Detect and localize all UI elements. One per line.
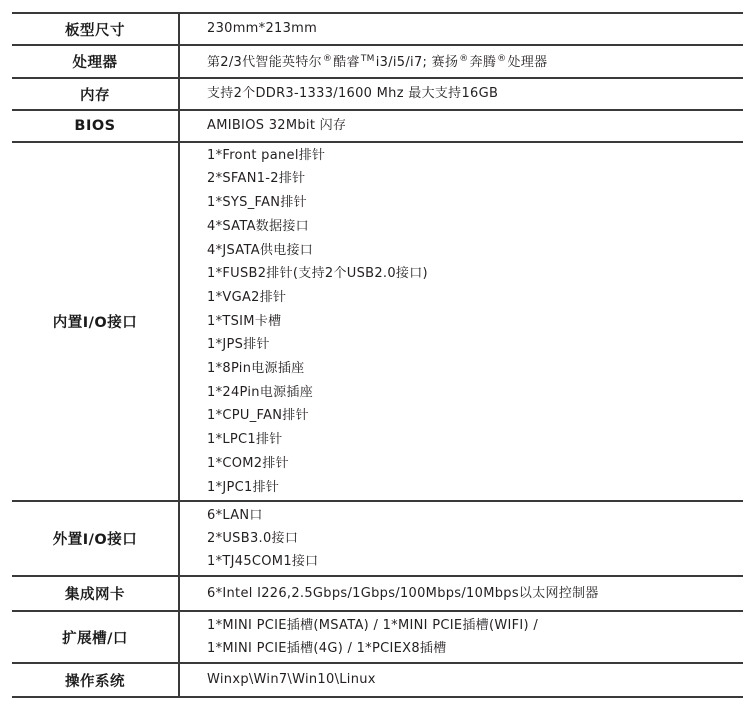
spec-row-external-io: 外置I/O接口 6*LAN口 2*USB3.0接口 1*TJ45COM1接口 (12, 501, 743, 576)
spec-value-line: 第2/3代智能英特尔®酷睿TMi3/i5/i7; 赛扬®奔腾®处理器 (207, 48, 743, 75)
spec-value-line: 1*JPC1排针 (207, 476, 743, 500)
spec-label: BIOS (12, 110, 179, 142)
spec-value-line: 2*USB3.0接口 (207, 527, 743, 550)
spec-value-line: 1*8Pin电源插座 (207, 357, 743, 381)
spec-value: 支持2个DDR3-1333/1600 Mhz 最大支持16GB (179, 78, 743, 110)
spec-value-line: 1*TSIM卡槽 (207, 310, 743, 334)
spec-value-line: 1*COM2排针 (207, 452, 743, 476)
processor-text: 处理器 (507, 55, 547, 70)
spec-value-line: 1*Front panel排针 (207, 144, 743, 168)
spec-value: 6*LAN口 2*USB3.0接口 1*TJ45COM1接口 (179, 501, 743, 576)
spec-row-os: 操作系统 Winxp\Win7\Win10\Linux (12, 663, 743, 697)
registered-mark: ® (323, 54, 332, 64)
spec-value-line: 4*SATA数据接口 (207, 215, 743, 239)
spec-value-line: 1*MINI PCIE插槽(MSATA) / 1*MINI PCIE插槽(WIF… (207, 614, 743, 637)
spec-value: 6*Intel I226,2.5Gbps/1Gbps/100Mbps/10Mbp… (179, 576, 743, 611)
spec-value: 第2/3代智能英特尔®酷睿TMi3/i5/i7; 赛扬®奔腾®处理器 (179, 45, 743, 78)
spec-value-line: AMIBIOS 32Mbit 闪存 (207, 114, 743, 138)
spec-value-line: 1*MINI PCIE插槽(4G) / 1*PCIEX8插槽 (207, 637, 743, 660)
spec-label: 集成网卡 (12, 576, 179, 611)
spec-value-line: 1*FUSB2排针(支持2个USB2.0接口) (207, 262, 743, 286)
trademark-mark: TM (361, 54, 375, 64)
spec-row-memory: 内存 支持2个DDR3-1333/1600 Mhz 最大支持16GB (12, 78, 743, 110)
processor-text: 酷睿 (333, 55, 360, 70)
spec-value: 230mm*213mm (179, 13, 743, 45)
spec-label: 扩展槽/口 (12, 611, 179, 663)
spec-value-line: 230mm*213mm (207, 17, 743, 41)
spec-label: 处理器 (12, 45, 179, 78)
spec-value-line: 1*VGA2排针 (207, 286, 743, 310)
spec-value-line: 1*LPC1排针 (207, 428, 743, 452)
spec-value: 1*MINI PCIE插槽(MSATA) / 1*MINI PCIE插槽(WIF… (179, 611, 743, 663)
spec-label: 内置I/O接口 (12, 142, 179, 501)
spec-value-line: 1*24Pin电源插座 (207, 381, 743, 405)
spec-value: 1*Front panel排针 2*SFAN1-2排针 1*SYS_FAN排针 … (179, 142, 743, 501)
spec-value: Winxp\Win7\Win10\Linux (179, 663, 743, 697)
spec-value-line: 1*CPU_FAN排针 (207, 404, 743, 428)
spec-value-line: 1*TJ45COM1接口 (207, 550, 743, 573)
spec-row-processor: 处理器 第2/3代智能英特尔®酷睿TMi3/i5/i7; 赛扬®奔腾®处理器 (12, 45, 743, 78)
spec-value-line: 支持2个DDR3-1333/1600 Mhz 最大支持16GB (207, 82, 743, 106)
registered-mark: ® (497, 54, 506, 64)
spec-value-line: 6*Intel I226,2.5Gbps/1Gbps/100Mbps/10Mbp… (207, 582, 743, 606)
processor-text: 奔腾 (470, 55, 497, 70)
spec-value-line: 4*JSATA供电接口 (207, 239, 743, 263)
spec-label: 内存 (12, 78, 179, 110)
spec-row-bios: BIOS AMIBIOS 32Mbit 闪存 (12, 110, 743, 142)
processor-text: 第2/3代智能英特尔 (207, 55, 322, 70)
spec-table: 板型尺寸 230mm*213mm 处理器 第2/3代智能英特尔®酷睿TMi3/i… (12, 12, 743, 698)
spec-label: 外置I/O接口 (12, 501, 179, 576)
registered-mark: ® (459, 54, 468, 64)
spec-value-line: 1*SYS_FAN排针 (207, 191, 743, 215)
spec-label: 板型尺寸 (12, 13, 179, 45)
spec-value-line: 6*LAN口 (207, 504, 743, 527)
spec-value-line: Winxp\Win7\Win10\Linux (207, 668, 743, 692)
processor-text: i3/i5/i7; 赛扬 (376, 55, 459, 70)
spec-value: AMIBIOS 32Mbit 闪存 (179, 110, 743, 142)
spec-row-board-size: 板型尺寸 230mm*213mm (12, 13, 743, 45)
spec-row-expansion: 扩展槽/口 1*MINI PCIE插槽(MSATA) / 1*MINI PCIE… (12, 611, 743, 663)
spec-value-line: 1*JPS排针 (207, 333, 743, 357)
spec-row-internal-io: 内置I/O接口 1*Front panel排针 2*SFAN1-2排针 1*SY… (12, 142, 743, 501)
spec-row-network: 集成网卡 6*Intel I226,2.5Gbps/1Gbps/100Mbps/… (12, 576, 743, 611)
spec-value-line: 2*SFAN1-2排针 (207, 167, 743, 191)
spec-label: 操作系统 (12, 663, 179, 697)
